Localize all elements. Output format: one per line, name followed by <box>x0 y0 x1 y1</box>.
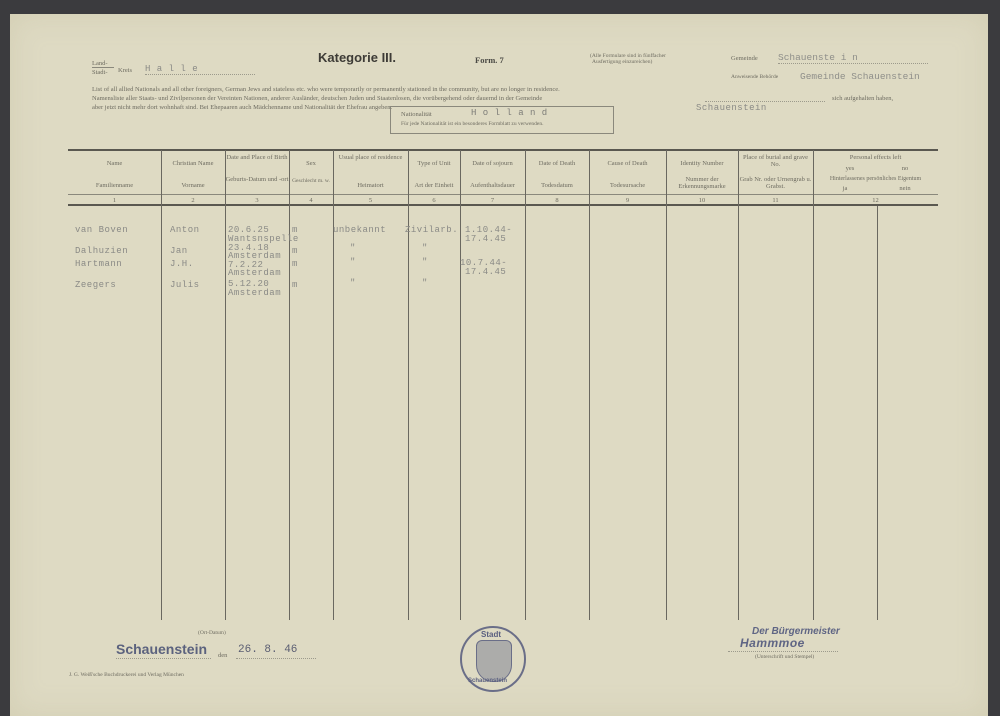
nationality-value: H o l l a n d <box>471 108 548 118</box>
column-rule <box>225 150 226 620</box>
col-8-de: Todesdatum <box>525 182 589 189</box>
gemeinde-typed: Schauenstein <box>696 103 767 113</box>
cell-sex: m <box>292 259 298 269</box>
col-2-en: Christian Name <box>161 160 225 167</box>
cell-vorname: Anton <box>170 225 200 235</box>
column-rule <box>813 150 814 620</box>
col-10-en: Identity Number <box>666 160 738 167</box>
column-rule <box>333 150 334 620</box>
col-4-en: Sex <box>289 160 333 167</box>
land-stadt-divider <box>92 67 114 68</box>
col-2-de: Vorname <box>161 182 225 189</box>
intro-dotted-line <box>705 101 825 102</box>
col-5-en: Usual place of residence <box>333 154 408 161</box>
table-header-rule <box>68 194 938 195</box>
cell-sex: m <box>292 246 298 256</box>
aufgehalten-text: sich aufgehalten haben, <box>832 95 893 103</box>
place-line <box>116 658 211 659</box>
column-rule <box>408 150 409 620</box>
cell-vorname: J.H. <box>170 259 194 269</box>
col-6-num: 6 <box>408 197 460 204</box>
col-10-num: 10 <box>666 197 738 204</box>
cell-name: Zeegers <box>75 280 116 290</box>
gemeinde-label: Gemeinde <box>731 55 758 62</box>
seal-bottom-text: Schauenstein <box>468 678 507 684</box>
place-value: Schauenstein <box>116 641 207 657</box>
seal-top-text: Stadt <box>481 630 501 639</box>
cell-residence: " <box>350 243 356 253</box>
cell-unit: " <box>422 243 428 253</box>
cell-residence: unbekannt <box>333 225 386 235</box>
col-3-de: Geburts-Datum und -ort <box>225 176 289 183</box>
col-7-num: 7 <box>460 197 525 204</box>
official-seal: Stadt Schauenstein <box>460 626 526 692</box>
col-9-en: Cause of Death <box>589 160 666 167</box>
table-top-rule <box>68 149 938 151</box>
col-6-en: Type of Unit <box>408 160 460 167</box>
col-11-num: 11 <box>738 197 813 204</box>
col-12-num: 12 <box>813 197 938 204</box>
cell-name: van Boven <box>75 225 128 235</box>
col-4-num: 4 <box>289 197 333 204</box>
column-rule <box>289 150 290 620</box>
nationality-note: Für jede Nationalität ist ein besonderes… <box>401 121 544 128</box>
col-11-de: Grab Nr. oder Urnengrab u. Grabst. <box>738 176 813 190</box>
kreis-label: Kreis <box>118 67 132 74</box>
land-label: Land- <box>92 60 108 67</box>
col-11-en: Place of burial and grave No. <box>738 154 813 168</box>
form-note-2: Ausfertigung einzureichen) <box>592 59 652 66</box>
column-rule <box>666 150 667 620</box>
col-12-ja: ja <box>830 185 860 192</box>
table-body-rule <box>68 204 938 206</box>
col-7-en: Date of sojourn <box>460 160 525 167</box>
cell-birth-place: Amsterdam <box>228 288 281 298</box>
col-12-de: Hinterlassenes persönliches Eigentum <box>813 176 938 183</box>
date-line <box>236 658 316 659</box>
nationality-box: Nationalität H o l l a n d Für jede Nati… <box>390 106 614 134</box>
column-rule <box>525 150 526 620</box>
nationality-label: Nationalität <box>401 111 432 118</box>
gemeinde-value: Schauenste i n <box>778 52 928 64</box>
col-2-num: 2 <box>161 197 225 204</box>
column-rule <box>738 150 739 620</box>
cell-sojourn-2: 17.4.45 <box>465 234 506 244</box>
col-5-de: Heimatort <box>333 182 408 189</box>
cell-vorname: Jan <box>170 246 188 256</box>
intro-german-2: aber jetzt nicht mehr dort wohnhaft sind… <box>92 104 392 112</box>
signature-caption: (Unterschrift und Stempel) <box>755 654 814 661</box>
col-9-num: 9 <box>589 197 666 204</box>
intro-german-1: Namensliste aller Staats- und Zivilperso… <box>92 95 702 103</box>
form-number: Form. 7 <box>475 55 504 65</box>
cell-sojourn-2: 17.4.45 <box>465 267 506 277</box>
column-rule <box>460 150 461 620</box>
col-10-de: Nummer der Erkennungsmarke <box>666 176 738 190</box>
cell-residence: " <box>350 257 356 267</box>
col-7-de: Aufenthaltsdauer <box>460 182 525 189</box>
behoerde-label: Anweisende Behörde <box>731 74 778 81</box>
cell-unit: " <box>422 257 428 267</box>
signature: Hammmoe <box>740 636 805 650</box>
col-12-yes: yes <box>835 165 865 172</box>
cell-unit: Zivilarb. <box>405 225 458 235</box>
col-1-num: 1 <box>68 197 161 204</box>
col-4-de: Geschlecht m. w. <box>289 178 333 185</box>
col-9-de: Todesursache <box>589 182 666 189</box>
col-1-de: Familienname <box>68 182 161 189</box>
behoerde-value: Gemeinde Schauenstein <box>800 71 920 82</box>
col-12-nein: nein <box>890 185 920 192</box>
kreis-value: H a l l e <box>145 64 255 75</box>
col-3-en: Date and Place of Birth <box>225 154 289 161</box>
col-12-en: Personal effects left <box>813 154 938 161</box>
intro-english: List of all allied Nationals and all oth… <box>92 86 932 94</box>
place-date-label: (Ort-Datum) <box>198 630 226 637</box>
cell-name: Hartmann <box>75 259 122 269</box>
cell-residence: " <box>350 278 356 288</box>
stadt-label: Stadt- <box>92 69 108 76</box>
cell-birth-place: Amsterdam <box>228 268 281 278</box>
den-label: den <box>218 652 227 659</box>
signature-line <box>728 651 838 652</box>
cell-name: Dalhuzien <box>75 246 128 256</box>
col-12-no: no <box>890 165 920 172</box>
column-rule <box>161 150 162 620</box>
column-rule <box>877 206 878 620</box>
page-title: Kategorie III. <box>318 50 396 65</box>
col-5-num: 5 <box>333 197 408 204</box>
printer-imprint: J. G. Weiß'sche Buchdruckerei und Verlag… <box>69 672 184 679</box>
date-value: 26. 8. 46 <box>238 644 297 656</box>
col-3-num: 3 <box>225 197 289 204</box>
cell-unit: " <box>422 278 428 288</box>
col-6-de: Art der Einheit <box>408 182 460 189</box>
column-rule <box>589 150 590 620</box>
cell-sex: m <box>292 225 298 235</box>
cell-vorname: Julis <box>170 280 200 290</box>
col-1-en: Name <box>68 160 161 167</box>
col-8-en: Date of Death <box>525 160 589 167</box>
cell-sex: m <box>292 280 298 290</box>
col-8-num: 8 <box>525 197 589 204</box>
coat-of-arms-icon <box>476 640 512 682</box>
